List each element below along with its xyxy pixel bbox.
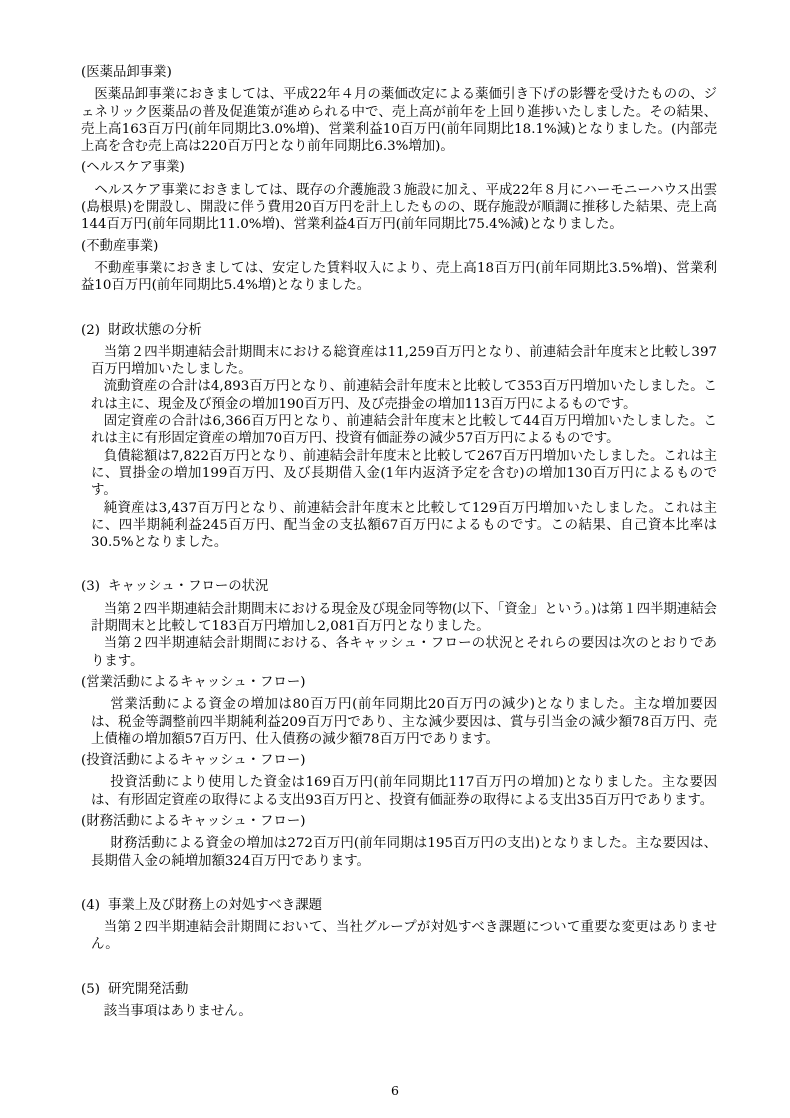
document-page: (医薬品卸事業) 医薬品卸事業におきましては、平成22年４月の薬価改定による薬価… <box>0 0 790 1118</box>
document-body: (医薬品卸事業) 医薬品卸事業におきましては、平成22年４月の薬価改定による薬価… <box>81 60 717 1020</box>
section-number: (5) <box>81 982 100 997</box>
subsection-investing-cash-flow: (投資活動によるキャッシュ・フロー) 投資活動により使用した資金は169百万円(… <box>81 752 717 809</box>
segment-heading-pharmaceutical-wholesale: (医薬品卸事業) <box>81 64 717 81</box>
section-research-development: (5)研究開発活動 該当事項はありません。 <box>81 981 717 1021</box>
page-number: 6 <box>391 1083 399 1098</box>
section-paragraph: 負債総額は7,822百万円となり、前連結会計年度末と比較して267百万円増加いた… <box>91 448 717 500</box>
section-heading: (2)財政状態の分析 <box>81 322 717 339</box>
page-footer: 6 <box>0 1082 790 1099</box>
section-number: (4) <box>81 898 100 913</box>
subsection-heading-operating: (営業活動によるキャッシュ・フロー) <box>81 674 717 691</box>
segment-paragraph: 不動産事業におきましては、安定した賃料収入により、売上高18百万円(前年同期比3… <box>81 260 717 295</box>
segment-block-healthcare: (ヘルスケア事業) ヘルスケア事業におきましては、既存の介護施設３施設に加え、平… <box>81 159 717 233</box>
section-business-issues: (4)事業上及び財務上の対処すべき課題 当第２四半期連結会計期間において、当社グ… <box>81 897 717 954</box>
section-title: 事業上及び財務上の対処すべき課題 <box>108 898 322 913</box>
subsection-paragraph: 投資活動により使用した資金は169百万円(前年同期比117百万円の増加)となりま… <box>91 774 717 809</box>
section-paragraph: 該当事項はありません。 <box>91 1003 717 1020</box>
segment-block-pharmaceutical-wholesale: (医薬品卸事業) 医薬品卸事業におきましては、平成22年４月の薬価改定による薬価… <box>81 64 717 155</box>
section-financial-position: (2)財政状態の分析 当第２四半期連結会計期間末における総資産は11,259百万… <box>81 322 717 552</box>
section-paragraph: 固定資産の合計は6,366百万円となり、前連結会計年度末と比較して44百万円増加… <box>91 413 717 448</box>
section-number: (2) <box>81 323 100 338</box>
subsection-operating-cash-flow: (営業活動によるキャッシュ・フロー) 営業活動による資金の増加は80百万円(前年… <box>81 674 717 748</box>
segment-heading-real-estate: (不動産事業) <box>81 238 717 255</box>
section-paragraph: 当第２四半期連結会計期間において、当社グループが対処すべき課題について重要な変更… <box>91 919 717 954</box>
section-paragraph: 当第２四半期連結会計期間における、各キャッシュ・フローの状況とそれらの要因は次の… <box>91 635 717 670</box>
section-heading: (4)事業上及び財務上の対処すべき課題 <box>81 897 717 914</box>
section-paragraph: 当第２四半期連結会計期間末における総資産は11,259百万円となり、前連結会計年… <box>91 344 717 379</box>
segment-block-real-estate: (不動産事業) 不動産事業におきましては、安定した賃料収入により、売上高18百万… <box>81 238 717 295</box>
section-cash-flow: (3)キャッシュ・フローの状況 当第２四半期連結会計期間末における現金及び現金同… <box>81 578 717 869</box>
subsection-heading-investing: (投資活動によるキャッシュ・フロー) <box>81 752 717 769</box>
section-heading: (3)キャッシュ・フローの状況 <box>81 578 717 595</box>
section-paragraph: 当第２四半期連結会計期間末における現金及び現金同等物(以下、「資金」という。)は… <box>91 601 717 636</box>
subsection-paragraph: 財務活動による資金の増加は272百万円(前年同期は195百万円の支出)となりまし… <box>91 835 717 870</box>
section-paragraph: 流動資産の合計は4,893百万円となり、前連結会計年度末と比較して353百万円増… <box>91 378 717 413</box>
subsection-financing-cash-flow: (財務活動によるキャッシュ・フロー) 財務活動による資金の増加は272百万円(前… <box>81 813 717 870</box>
section-heading: (5)研究開発活動 <box>81 981 717 998</box>
section-title: キャッシュ・フローの状況 <box>108 579 268 594</box>
subsection-paragraph: 営業活動による資金の増加は80百万円(前年同期比20百万円の減少)となりました。… <box>91 696 717 748</box>
section-title: 研究開発活動 <box>108 982 188 997</box>
section-title: 財政状態の分析 <box>108 323 202 338</box>
section-paragraph: 純資産は3,437百万円となり、前連結会計年度末と比較して129百万円増加いたし… <box>91 500 717 552</box>
segment-heading-healthcare: (ヘルスケア事業) <box>81 159 717 176</box>
section-number: (3) <box>81 579 100 594</box>
segment-paragraph: 医薬品卸事業におきましては、平成22年４月の薬価改定による薬価引き下げの影響を受… <box>81 86 717 155</box>
subsection-heading-financing: (財務活動によるキャッシュ・フロー) <box>81 813 717 830</box>
segment-paragraph: ヘルスケア事業におきましては、既存の介護施設３施設に加え、平成22年８月にハーモ… <box>81 182 717 234</box>
